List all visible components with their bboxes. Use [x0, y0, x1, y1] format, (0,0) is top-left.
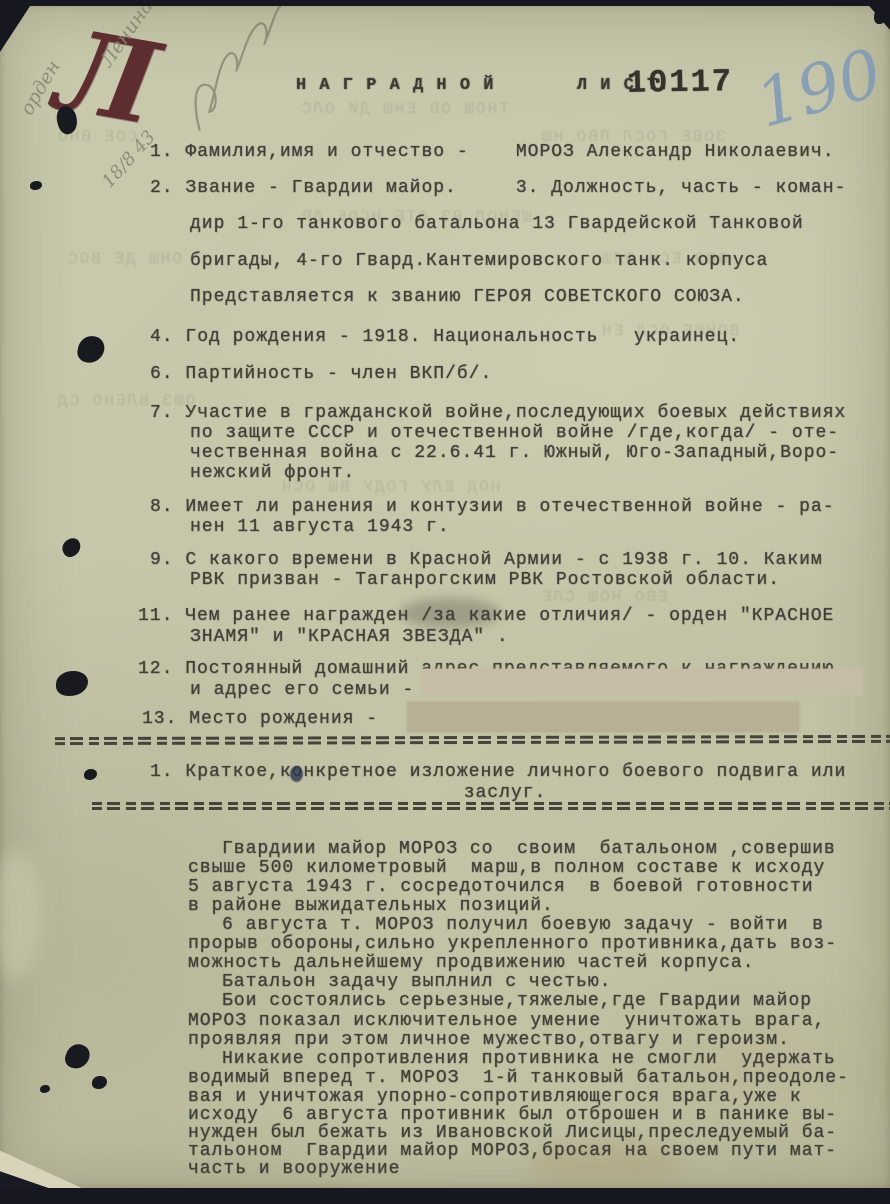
separator-line [92, 802, 890, 812]
narrative-line: Гвардиии майор МОРОЗ со своим батальоном… [222, 840, 836, 859]
bleedthrough-text: ТНОШ ОВ ЕНШ ДИ ОЛС [300, 100, 509, 118]
typed-line: 2. Звание - Гвардии майор. 3. Должность,… [150, 179, 846, 198]
narrative-line: МОРОЗ показал исключительное умение унич… [188, 1012, 825, 1031]
narrative-line: 5 августа 1943 г. сосредоточился в боево… [188, 878, 814, 897]
redaction-birthplace [407, 702, 799, 732]
typed-line: 1. Фамилия,имя и отчество - МОРОЗ Алекса… [150, 143, 835, 162]
bleedthrough-text: ЕВО НОШ СЛЕ [540, 588, 668, 606]
typed-line: 9. С какого времени в Красной Армии - с … [150, 551, 823, 570]
typed-line: ЗНАМЯ" и "КРАСНАЯ ЗВЕЗДА" . [190, 628, 509, 647]
narrative-line: Бои состоялись серьезные,тяжелые,где Гва… [222, 992, 812, 1011]
bleedthrough-text: ОНШ ДЕ ВОС [66, 250, 182, 268]
stamp-number: 10117 [627, 63, 734, 102]
typed-line: 4. Год рождения - 1918. Национальность у… [150, 328, 740, 347]
document-title: Н А Г Р А Д Н О Й Л И С Т. [296, 76, 670, 95]
scan-edge-bottom [0, 1188, 890, 1204]
typed-line: 7. Участие в гражданской войне,последующ… [150, 404, 846, 423]
narrative-line: можность дальнейшему продвижению частей … [188, 954, 754, 973]
typed-line: нежский фронт. [190, 464, 355, 483]
narrative-line: 6 августа т. МОРОЗ получил боевую задачу… [222, 916, 824, 935]
narrative-line: проявляя при этом личное мужество,отвагу… [188, 1031, 790, 1050]
narrative-line: в районе выжидательных позиций. [188, 897, 554, 916]
typed-line: и адрес его семьи - [190, 681, 414, 700]
typed-line: бригады, 4-го Гвард.Кантемировского танк… [190, 252, 768, 271]
typed-line: 8. Имеет ли ранения и контузии в отечест… [150, 498, 835, 517]
narrative-line: Батальон задачу выплнил с честью. [222, 973, 611, 992]
typed-line: 6. Партийность - член ВКП/б/. [150, 365, 492, 384]
narrative-line: часть и вооружение [188, 1160, 400, 1179]
redaction-address [422, 669, 862, 695]
narrative-line: Никакие сопротивления противника не смог… [222, 1050, 836, 1069]
typed-line: дир 1-го танкового батальона 13 Гвардейс… [190, 215, 804, 234]
scan-edge-top [0, 0, 890, 6]
section-heading-line: 1. Краткое,конкретное изложение личного … [150, 763, 846, 782]
typed-line: 11. Чем ранее награжден /за какие отличи… [138, 607, 834, 626]
scanned-award-document: ТНОШ ОВ ЕНШ ДИ ОЛС ЗОВЕ ГОСЛ ПВО НШ СОЕ … [0, 0, 890, 1204]
typed-line: по защите СССР и отечественной войне /гд… [190, 424, 839, 443]
typed-line: нен 11 августа 1943 г. [190, 518, 450, 537]
typed-line: Представляется к званию ГЕРОЯ СОВЕТСКОГО… [190, 288, 745, 307]
typed-line: РВК призван - Таганрогским РВК Ростовско… [190, 571, 780, 590]
narrative-line: свыше 500 километровый марш,в полном сос… [188, 859, 825, 878]
typed-line: чественная война с 22.6.41 г. Южный, Юго… [190, 444, 839, 463]
narrative-line: прорыв обороны,сильно укрепленного проти… [188, 935, 837, 954]
narrative-line: водимый вперед т. МОРОЗ 1-й танковый бат… [188, 1069, 849, 1088]
section-heading-line: заслуг. [150, 784, 860, 803]
typed-line: 13. Место рождения - [142, 710, 378, 729]
ink-dot [290, 766, 303, 782]
